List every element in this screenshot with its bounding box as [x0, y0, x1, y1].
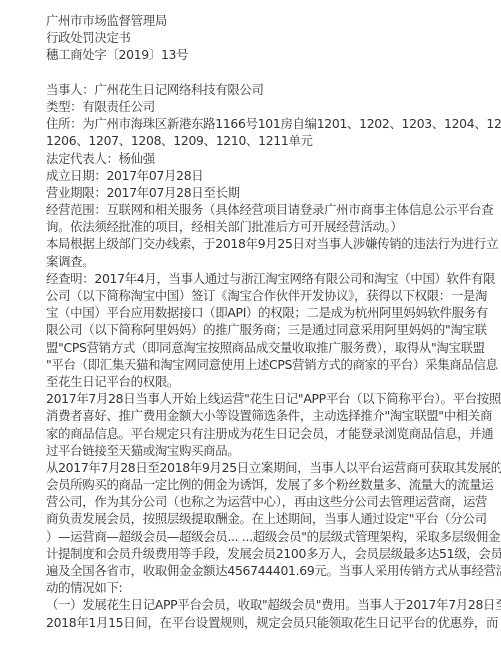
paragraph-membership-structure: 从2017年7月28日至2018年9月25日立案期间，当事人以平台运营商可获取其… — [46, 459, 466, 597]
establishment-date: 成立日期：2017年07月28日 — [46, 167, 466, 184]
paragraph-line: ）—运营商—超级会员—超级会员... ...超级会员"的层级式管理架构，采取多层… — [46, 528, 466, 545]
paragraph-line: "平台（即汇集天猫和淘宝网同意使用上述CPS营销方式的商家的平台）采集商品信息 — [46, 356, 466, 373]
paragraph-line: 动的情况如下: — [46, 579, 466, 596]
business-term: 营业期限：2017年07月28日至长期 — [46, 184, 466, 201]
document-number: 穗工商处字〔2019〕13号 — [46, 46, 466, 63]
document-header: 广州市市场监督管理局 行政处罚决定书 穗工商处字〔2019〕13号 — [46, 12, 466, 64]
paragraph-line: 经查明：2017年4月，当事人通过与浙江淘宝网络有限公司和淘宝（中国）软件有限 — [46, 270, 466, 287]
paragraph-line: 从2017年7月28日至2018年9月25日立案期间，当事人以平台运营商可获取其… — [46, 459, 466, 476]
company-type: 类型：有限责任公司 — [46, 98, 466, 115]
party-name: 当事人：广州花生日记网络科技有限公司 — [46, 81, 466, 98]
paragraph-line: 2018年1月15日间，在平台设置规则，规定会员只能领取花生日记平台的优惠券，而 — [46, 614, 466, 631]
paragraph-platform-launch: 2017年7月28日当事人开始上线运营"花生日记"APP平台（以下简称平台）。平… — [46, 390, 466, 459]
document-page: 广州市市场监督管理局 行政处罚决定书 穗工商处字〔2019〕13号 当事人：广州… — [46, 12, 466, 631]
paragraph-line: 会员所购买的商品一定比例的佣金为诱饵，发展了多个粉丝数量多、流量大的流量运 — [46, 476, 466, 493]
paragraph-line: 案调查。 — [46, 253, 466, 270]
address-line-2: 1206、1207、1208、1209、1210、1211单元 — [46, 132, 466, 149]
paragraph-line: 盟"CPS营销方式（即同意淘宝按照商品成交量收取推广服务费），取得从"淘宝联盟 — [46, 339, 466, 356]
paragraph-findings: 经查明：2017年4月，当事人通过与浙江淘宝网络有限公司和淘宝（中国）软件有限 … — [46, 270, 466, 390]
paragraph-line: 过平台链接至天猫或淘宝购买商品。 — [46, 442, 466, 459]
spacer — [46, 64, 466, 81]
paragraph-line: 限公司（以下简称阿里妈妈）的推广服务商；三是通过同意采用阿里妈妈的"淘宝联 — [46, 321, 466, 338]
paragraph-line: 2017年7月28日当事人开始上线运营"花生日记"APP平台（以下简称平台）。平… — [46, 390, 466, 407]
paragraph-line: 宝（中国）平台应用数据接口（即API）的权限；二是成为杭州阿里妈妈软件服务有 — [46, 304, 466, 321]
paragraph-item-one: （一）发展花生日记APP平台会员，收取"超级会员"费用。当事人于2017年7月2… — [46, 596, 466, 630]
business-scope-line-1: 经营范围：互联网和相关服务（具体经营项目请登录广州市商事主体信息公示平台查 — [46, 201, 466, 218]
paragraph-line: 消费者喜好、推广费用金额大小等设置筛选条件，主动选择推介"淘宝联盟"中相关商 — [46, 407, 466, 424]
paragraph-line: 至花生日记平台的权限。 — [46, 373, 466, 390]
legal-representative: 法定代表人：杨仙强 — [46, 150, 466, 167]
paragraph-line: 营公司，作为其分公司（也称之为运营中心），再由这些分公司去管理运营商，运营 — [46, 493, 466, 510]
business-scope-line-2: 询。依法须经批准的项目，经相关部门批准后方可开展经营活动。） — [46, 218, 466, 235]
paragraph-line: 本局根据上级部门交办线索，于2018年9月25日对当事人涉嫌传销的违法行为进行立 — [46, 235, 466, 252]
paragraph-line: （一）发展花生日记APP平台会员，收取"超级会员"费用。当事人于2017年7月2… — [46, 596, 466, 613]
address-line-1: 住所：为广州市海珠区新港东路1166号101房自编1201、1202、1203、… — [46, 115, 466, 132]
paragraph-line: 商负责发展会员，按照层级提取酬金。在上述期间，当事人通过设定"平台（分公司 — [46, 510, 466, 527]
paragraph-investigation: 本局根据上级部门交办线索，于2018年9月25日对当事人涉嫌传销的违法行为进行立… — [46, 235, 466, 269]
document-type: 行政处罚决定书 — [46, 29, 466, 46]
paragraph-line: 计提制度和会员升级费用等手段，发展会员2100多万人，会员层级最多达51级，会员 — [46, 545, 466, 562]
agency-name: 广州市市场监督管理局 — [46, 12, 466, 29]
paragraph-line: 公司（以下简称淘宝中国）签订《淘宝合作伙伴开发协议》，获得以下权限：一是淘 — [46, 287, 466, 304]
paragraph-line: 家的商品信息。平台规定只有注册成为花生日记会员，才能登录浏览商品信息，并通 — [46, 425, 466, 442]
paragraph-line: 遍及全国各省市，收取佣金金额达456744401.69元。当事人采用传销方式从事… — [46, 562, 466, 579]
party-info: 当事人：广州花生日记网络科技有限公司 类型：有限责任公司 住所：为广州市海珠区新… — [46, 81, 466, 236]
